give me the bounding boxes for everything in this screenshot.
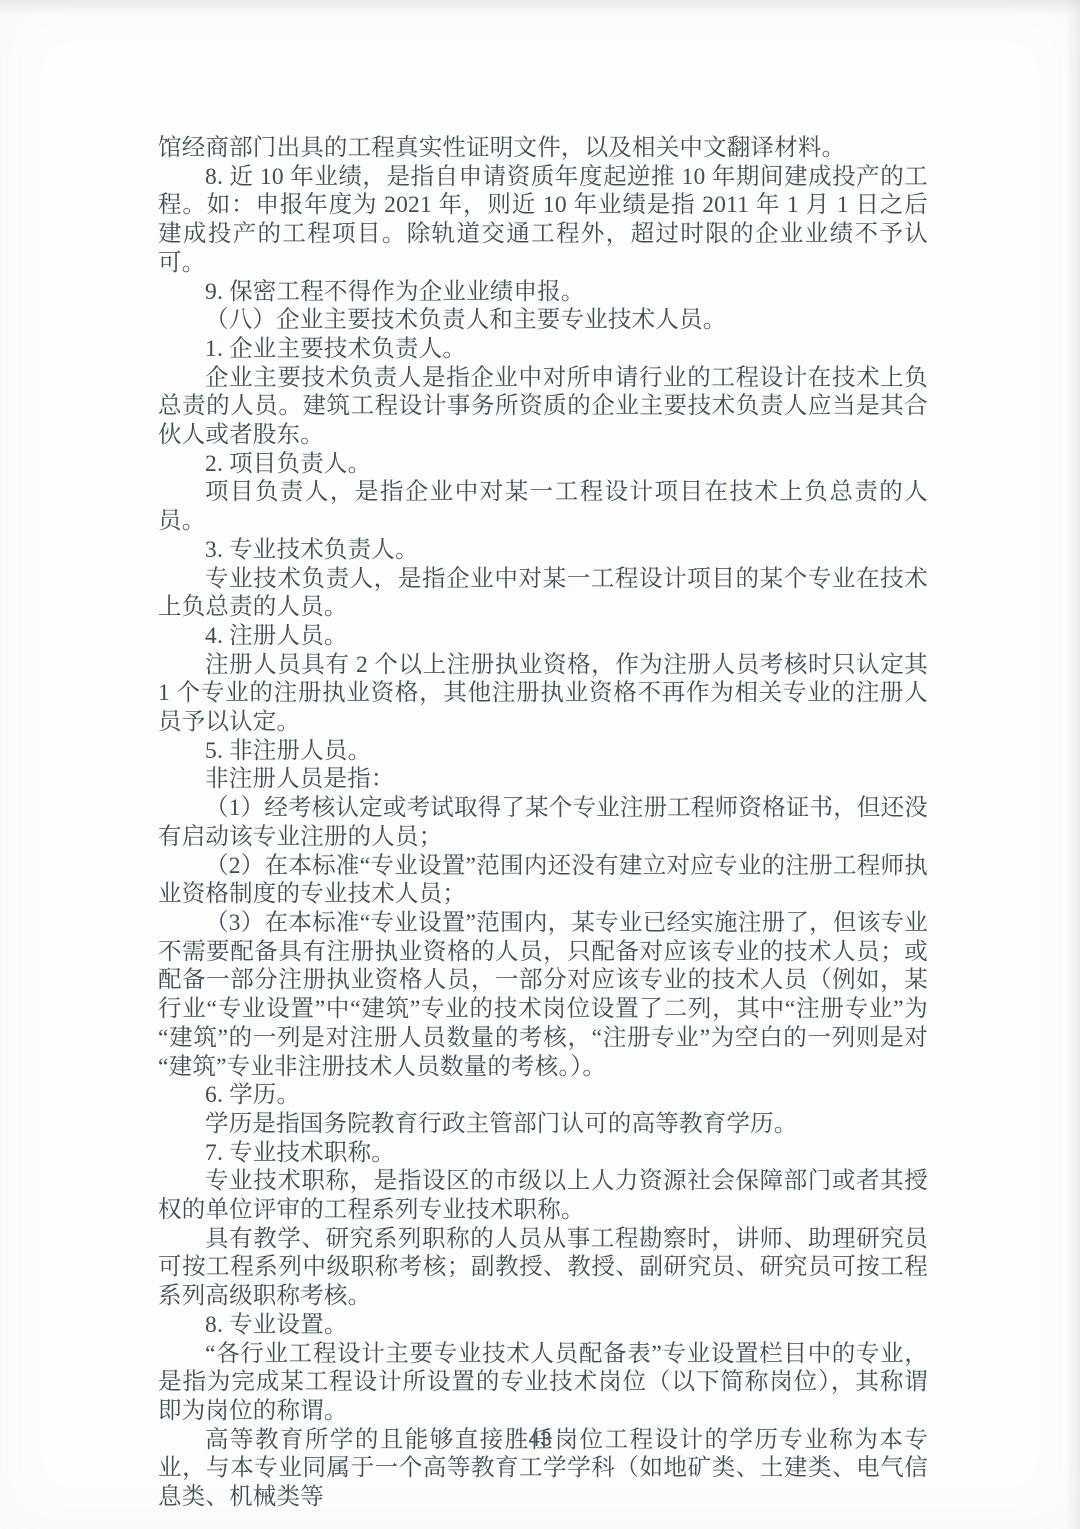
scan-shadow-right (1066, 0, 1080, 1529)
paragraph: 3. 专业技术负责人。 (158, 536, 928, 565)
paragraph: （八）企业主要技术负责人和主要专业技术人员。 (158, 306, 928, 335)
paragraph: 馆经商部门出具的工程真实性证明文件，以及相关中文翻译材料。 (158, 134, 928, 163)
scanned-document-page: 馆经商部门出具的工程真实性证明文件，以及相关中文翻译材料。8. 近 10 年业绩… (0, 0, 1080, 1529)
paragraph: 5. 非注册人员。 (158, 737, 928, 766)
paragraph: 注册人员具有 2 个以上注册执业资格，作为注册人员考核时只认定其 1 个专业的注… (158, 651, 928, 737)
scan-shadow-top (0, 0, 1080, 16)
paragraph: 8. 专业设置。 (158, 1311, 928, 1340)
paragraph: （1）经考核认定或考试取得了某个专业注册工程师资格证书，但还没有启动该专业注册的… (158, 794, 928, 851)
paragraph: 9. 保密工程不得作为企业业绩申报。 (158, 278, 928, 307)
paragraph: 项目负责人，是指企业中对某一工程设计项目在技术上负总责的人员。 (158, 478, 928, 535)
paragraph: 4. 注册人员。 (158, 622, 928, 651)
paragraph: 学历是指国务院教育行政主管部门认可的高等教育学历。 (158, 1110, 928, 1139)
paragraph: 具有教学、研究系列职称的人员从事工程勘察时，讲师、助理研究员可按工程系列中级职称… (158, 1225, 928, 1311)
paragraph: 非注册人员是指： (158, 765, 928, 794)
paragraph: 专业技术职称，是指设区的市级以上人力资源社会保障部门或者其授权的单位评审的工程系… (158, 1167, 928, 1224)
document-body: 馆经商部门出具的工程真实性证明文件，以及相关中文翻译材料。8. 近 10 年业绩… (158, 134, 928, 1512)
paragraph: “各行业工程设计主要专业技术人员配备表”专业设置栏目中的专业，是指为完成某工程设… (158, 1340, 928, 1426)
paragraph: 专业技术负责人，是指企业中对某一工程设计项目的某个专业在技术上负总责的人员。 (158, 565, 928, 622)
paragraph: 1. 企业主要技术负责人。 (158, 335, 928, 364)
page-number: 43 (0, 1428, 1080, 1452)
paragraph: （2）在本标准“专业设置”范围内还没有建立对应专业的注册工程师执业资格制度的专业… (158, 852, 928, 909)
paragraph: 2. 项目负责人。 (158, 450, 928, 479)
paragraph: 6. 学历。 (158, 1081, 928, 1110)
paragraph: 8. 近 10 年业绩，是指自申请资质年度起逆推 10 年期间建成投产的工程。如… (158, 163, 928, 278)
paragraph: 企业主要技术负责人是指企业中对所申请行业的工程设计在技术上负总责的人员。建筑工程… (158, 364, 928, 450)
paragraph: （3）在本标准“专业设置”范围内，某专业已经实施注册了，但该专业不需要配备具有注… (158, 909, 928, 1081)
paragraph: 7. 专业技术职称。 (158, 1139, 928, 1168)
